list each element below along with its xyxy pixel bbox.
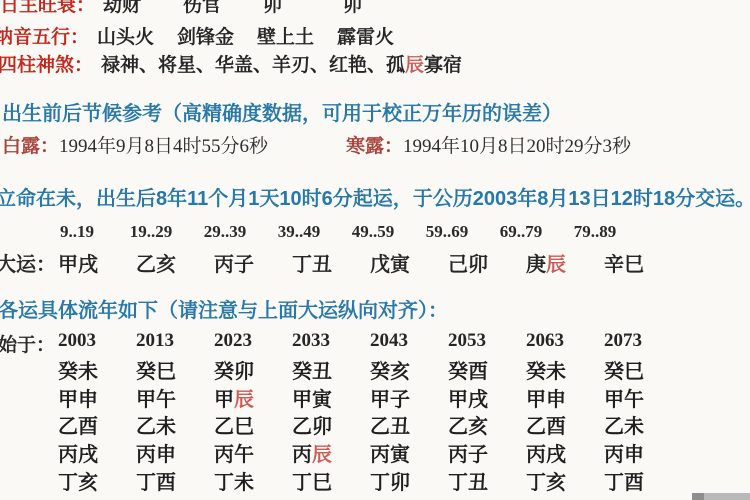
start-year: 2073 bbox=[604, 330, 682, 357]
dayun-label: 大运： bbox=[0, 248, 58, 277]
ganzhi-cell: 丁酉 bbox=[604, 466, 682, 495]
start-year: 2063 bbox=[526, 330, 604, 357]
solar-term-value: 1994年9月8日4时55分6秒 bbox=[59, 136, 268, 157]
row-shensha: 四柱神煞： 禄神、将星、华盖、羊刃、红艳、孤辰寡宿 bbox=[0, 50, 462, 77]
row-nayin-items: 山头火剑锋金壁上土霹雷火 bbox=[97, 22, 417, 49]
ganzhi-cell: 乙未 bbox=[136, 410, 214, 439]
start-years-label: 始于： bbox=[0, 330, 58, 357]
ganzhi-cell: 丙申 bbox=[136, 438, 214, 467]
start-year: 2053 bbox=[448, 330, 526, 357]
ten-god-value: 卯 bbox=[263, 0, 343, 17]
dayun-items: 甲戌乙亥丙子丁丑戊寅己卯庚辰辛巳 bbox=[58, 248, 682, 277]
solar-term-name: 寒露： bbox=[346, 136, 403, 157]
ganzhi-cell: 甲寅 bbox=[292, 383, 370, 412]
row-shensha-label: 四柱神煞： bbox=[0, 50, 101, 77]
age-range: 9..19 bbox=[40, 222, 114, 242]
corner-gray-bar-light bbox=[704, 493, 750, 500]
solar-term-entry: 寒露：1994年10月8日20时29分3秒 bbox=[346, 131, 631, 158]
dayun-row: 大运： 甲戌乙亥丙子丁丑戊寅己卯庚辰辛巳 bbox=[0, 248, 682, 277]
liunian-grid-row: 乙酉乙未乙巳乙卯乙丑乙亥乙酉乙未 bbox=[0, 411, 750, 439]
liunian-grid-row: 癸未癸巳癸卯癸丑癸亥癸酉癸未癸巳 bbox=[0, 356, 750, 384]
liunian-heading: 各运具体流年如下（请注意与上面大运纵向对齐）： bbox=[0, 294, 448, 323]
start-year: 2013 bbox=[136, 330, 214, 357]
liunian-grid-row: 甲申甲午甲辰甲寅甲子甲戌甲申甲午 bbox=[0, 384, 750, 412]
start-year: 2003 bbox=[58, 330, 136, 357]
ganzhi-cell: 丙辰 bbox=[292, 438, 370, 467]
start-years-items: 20032013202320332043205320632073 bbox=[58, 330, 682, 357]
dayun-pillar: 庚辰 bbox=[526, 248, 604, 277]
row-nayin: 纳音五行： 山头火剑锋金壁上土霹雷火 bbox=[0, 22, 417, 49]
liunian-grid-row: 丁亥丁酉丁未丁巳丁卯丁丑丁亥丁酉 bbox=[0, 466, 750, 494]
dayun-pillar: 己卯 bbox=[448, 248, 526, 277]
dayun-pillar: 丙子 bbox=[214, 248, 292, 277]
solar-term-entry: 白露：1994年9月8日4时55分6秒 bbox=[2, 131, 268, 158]
age-range: 49..59 bbox=[336, 222, 410, 242]
row-nayin-label: 纳音五行： bbox=[0, 22, 97, 49]
ganzhi-cell: 乙酉 bbox=[58, 410, 136, 439]
dayun-pillar: 丁丑 bbox=[292, 248, 370, 277]
ganzhi-cell: 癸巳 bbox=[604, 355, 682, 384]
age-ranges-row: 9..1919..2929..3939..4949..5959..6969..7… bbox=[40, 222, 632, 242]
ganzhi-cell: 乙亥 bbox=[448, 410, 526, 439]
solar-term-value: 1994年10月8日20时29分3秒 bbox=[403, 136, 631, 157]
row-day-master: 日主旺衰： 劫财伤官卯卯 bbox=[0, 0, 423, 17]
ganzhi-cell: 丁酉 bbox=[136, 466, 214, 495]
ganzhi-cell: 丙午 bbox=[214, 438, 292, 467]
liunian-grid-row: 丙戌丙申丙午丙辰丙寅丙子丙戌丙申 bbox=[0, 439, 750, 467]
age-range: 69..79 bbox=[484, 222, 558, 242]
dayun-pillar: 辛巳 bbox=[604, 248, 682, 277]
solar-terms-line: 白露：1994年9月8日4时55分6秒 寒露：1994年10月8日20时29分3… bbox=[2, 131, 709, 158]
age-range: 39..49 bbox=[262, 222, 336, 242]
solar-terms-heading: 出生前后节候参考（高精确度数据，可用于校正万年历的误差） bbox=[2, 97, 562, 126]
ganzhi-cell: 丁未 bbox=[214, 466, 292, 495]
age-range: 79..89 bbox=[558, 222, 632, 242]
ganzhi-cell: 甲申 bbox=[58, 383, 136, 412]
liunian-grid: 癸未癸巳癸卯癸丑癸亥癸酉癸未癸巳 甲申甲午甲辰甲寅甲子甲戌甲申甲午 乙酉乙未乙巳… bbox=[0, 356, 750, 494]
nayin-value: 山头火 bbox=[97, 22, 177, 49]
row-day-master-items: 劫财伤官卯卯 bbox=[103, 0, 423, 17]
ganzhi-cell: 甲午 bbox=[136, 383, 214, 412]
ganzhi-cell: 乙卯 bbox=[292, 410, 370, 439]
row-day-master-label: 日主旺衰： bbox=[0, 0, 103, 17]
ganzhi-cell: 乙未 bbox=[604, 410, 682, 439]
ganzhi-cell: 癸丑 bbox=[292, 355, 370, 384]
ganzhi-cell: 丙申 bbox=[604, 438, 682, 467]
start-year: 2043 bbox=[370, 330, 448, 357]
ganzhi-cell: 癸卯 bbox=[214, 355, 292, 384]
ganzhi-cell: 丁亥 bbox=[526, 466, 604, 495]
ganzhi-cell: 乙巳 bbox=[214, 410, 292, 439]
ganzhi-cell: 丁巳 bbox=[292, 466, 370, 495]
ganzhi-cell: 癸未 bbox=[526, 355, 604, 384]
age-range: 19..29 bbox=[114, 222, 188, 242]
bazi-chart-page: 日主旺衰： 劫财伤官卯卯 纳音五行： 山头火剑锋金壁上土霹雷火 四柱神煞： 禄神… bbox=[0, 0, 750, 500]
ganzhi-cell: 丙子 bbox=[448, 438, 526, 467]
age-range: 59..69 bbox=[410, 222, 484, 242]
solar-term-name: 白露： bbox=[2, 136, 59, 157]
shensha-value: 禄神、将星、华盖、羊刃、红艳、孤辰寡宿 bbox=[101, 50, 462, 77]
ganzhi-cell: 丙寅 bbox=[370, 438, 448, 467]
ganzhi-cell: 丙戌 bbox=[526, 438, 604, 467]
dayun-pillar: 甲戌 bbox=[58, 248, 136, 277]
nayin-value: 剑锋金 bbox=[177, 22, 257, 49]
ganzhi-cell: 癸亥 bbox=[370, 355, 448, 384]
ganzhi-cell: 丁亥 bbox=[58, 466, 136, 495]
ganzhi-cell: 癸酉 bbox=[448, 355, 526, 384]
row-shensha-items: 禄神、将星、华盖、羊刃、红艳、孤辰寡宿 bbox=[101, 50, 462, 77]
dayun-pillar: 戊寅 bbox=[370, 248, 448, 277]
nayin-value: 霹雷火 bbox=[337, 22, 417, 49]
ten-god-value: 卯 bbox=[343, 0, 423, 17]
ganzhi-cell: 乙酉 bbox=[526, 410, 604, 439]
luck-intro: 立命在未，出生后8年11个月1天10时6分起运，于公历2003年8月13日12时… bbox=[0, 182, 750, 211]
ganzhi-cell: 癸巳 bbox=[136, 355, 214, 384]
ten-god-value: 劫财 bbox=[103, 0, 183, 17]
nayin-value: 壁上土 bbox=[257, 22, 337, 49]
ganzhi-cell: 丁丑 bbox=[448, 466, 526, 495]
ganzhi-cell: 甲子 bbox=[370, 383, 448, 412]
ganzhi-cell: 甲申 bbox=[526, 383, 604, 412]
corner-gray-bar-dark bbox=[692, 493, 704, 500]
age-range: 29..39 bbox=[188, 222, 262, 242]
ten-god-value: 伤官 bbox=[183, 0, 263, 17]
start-years-row: 始于： 20032013202320332043205320632073 bbox=[0, 330, 682, 357]
ganzhi-cell: 乙丑 bbox=[370, 410, 448, 439]
ganzhi-cell: 丙戌 bbox=[58, 438, 136, 467]
start-year: 2033 bbox=[292, 330, 370, 357]
ganzhi-cell: 癸未 bbox=[58, 355, 136, 384]
ganzhi-cell: 丁卯 bbox=[370, 466, 448, 495]
dayun-pillar: 乙亥 bbox=[136, 248, 214, 277]
ganzhi-cell: 甲午 bbox=[604, 383, 682, 412]
start-year: 2023 bbox=[214, 330, 292, 357]
ganzhi-cell: 甲辰 bbox=[214, 383, 292, 412]
ganzhi-cell: 甲戌 bbox=[448, 383, 526, 412]
